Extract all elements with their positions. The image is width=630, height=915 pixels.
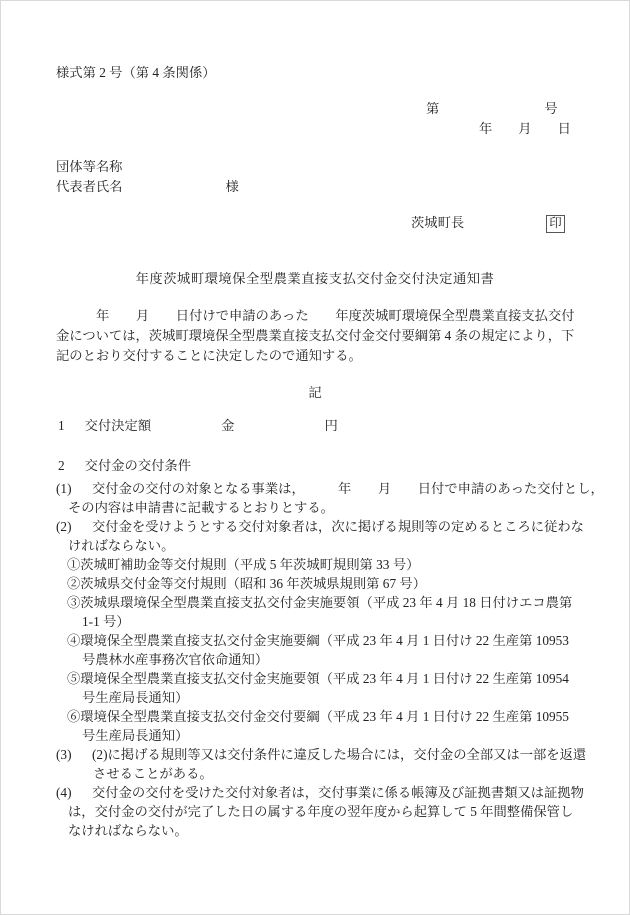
rule-item-3-line-2: 1-1 号） (56, 612, 574, 631)
representative-line: 代表者氏名様 (56, 177, 574, 197)
blank-seal-gap (464, 226, 546, 227)
opening-line-1: 年 月 日付けで申請のあった 年度茨城町環境保全型農業直接支払交付 (56, 306, 574, 326)
clause-4-text: 交付金の交付を受けた交付対象者は，交付事業に係る帳簿及び証拠書類又は証拠物 (92, 785, 584, 800)
blank-amount-field (234, 429, 324, 430)
spacer (65, 429, 85, 430)
blank-representative-field (122, 190, 225, 191)
clause-3-number: (3) (56, 745, 92, 764)
date-line: 年月日 (56, 119, 574, 139)
clause-4-line-1: (4)交付金の交付を受けた交付対象者は，交付事業に係る帳簿及び証拠書類又は証拠物 (56, 783, 574, 802)
clause-3-text: (2)に掲げる規則等又は交付条件に違反した場合には，交付金の全部又は一部を返還 (92, 747, 586, 762)
spacer (151, 429, 221, 430)
clause-2-text: 交付金を受けようとする交付対象者は，次に掲げる規則等の定めるところに従わな (92, 519, 584, 534)
clause-4-number: (4) (56, 783, 92, 802)
clause-1-line-2: その内容は申請書に記載するとおりとする。 (56, 498, 574, 517)
opening-line-3: 記のとおり交付することに決定したので通知する。 (56, 346, 574, 366)
representative-name-label: 代表者氏名 (56, 179, 122, 194)
section2-heading: 2交付金の交付条件 (56, 456, 574, 476)
spacer (65, 469, 85, 470)
sender-line: 茨城町長印 (56, 213, 574, 233)
clause-2-number: (2) (56, 517, 92, 536)
section1-label: 交付決定額 (85, 418, 151, 433)
currency-label: 金 (221, 418, 234, 433)
blank-doc-number-field (439, 112, 544, 113)
section2-number: 2 (58, 458, 65, 473)
rule-item-6-line-2: 号生産局長通知） (56, 726, 574, 745)
clause-4-line-2: は，交付金の交付が完了した日の属する年度の翌年度から起算して 5 年間整備保管し (56, 802, 574, 821)
doc-number-prefix: 第 (426, 101, 439, 116)
section1-number: 1 (58, 418, 65, 433)
section2-label: 交付金の交付条件 (85, 458, 191, 473)
blank-day-field (532, 132, 558, 133)
clause-2-line-2: ければならない。 (56, 536, 574, 555)
clause-3-line-1: (3)(2)に掲げる規則等又は交付条件に違反した場合には，交付金の全部又は一部を… (56, 745, 574, 764)
document-body: 様式第 2 号（第 4 条関係） 第号 年月日 団体等名称 代表者氏名様 茨城町… (1, 1, 629, 840)
clause-3-line-2: させることがある。 (56, 764, 574, 783)
clause-4-line-3: なければならない。 (56, 821, 574, 840)
form-reference-label: 様式第 2 号（第 4 条関係） (56, 63, 574, 83)
opening-line-2: 金については，茨城町環境保全型農業直接支払交付金交付要綱第 4 条の規定により，… (56, 326, 574, 346)
organization-name-label: 団体等名称 (56, 157, 574, 177)
doc-number-suffix: 号 (544, 101, 557, 116)
rule-item-4-line-1: ④環境保全型農業直接支払交付金実施要綱（平成 23 年 4 月 1 日付け 22… (56, 631, 574, 650)
rule-item-1: ①茨城町補助金等交付規則（平成 5 年茨城町規則第 33 号） (56, 555, 574, 574)
document-title: 年度茨城町環境保全型農業直接支払交付金交付決定通知書 (56, 269, 574, 289)
rule-item-3-line-1: ③茨城県環境保全型農業直接支払交付金実施要領（平成 23 年 4 月 18 日付… (56, 593, 574, 612)
seal-mark-icon: 印 (546, 215, 565, 233)
clause-1-text: 交付金の交付の対象となる事業は， 年 月 日付で申請のあった交付とし， (92, 481, 604, 496)
sender-name: 茨城町長 (411, 215, 464, 230)
date-month-label: 月 (518, 121, 531, 136)
document-page: 様式第 2 号（第 4 条関係） 第号 年月日 団体等名称 代表者氏名様 茨城町… (0, 0, 630, 915)
clause-1-number: (1) (56, 479, 92, 498)
rule-item-5-line-2: 号生産局長通知） (56, 688, 574, 707)
date-year-label: 年 (479, 121, 492, 136)
conditions-list: (1)交付金の交付の対象となる事業は， 年 月 日付で申請のあった交付とし， そ… (56, 479, 574, 840)
clause-2-line-1: (2)交付金を受けようとする交付対象者は，次に掲げる規則等の定めるところに従わな (56, 517, 574, 536)
rule-item-2: ②茨城県交付金等交付規則（昭和 36 年茨城県規則第 67 号） (56, 574, 574, 593)
clause-1-line-1: (1)交付金の交付の対象となる事業は， 年 月 日付で申請のあった交付とし， (56, 479, 574, 498)
yen-unit-label: 円 (324, 418, 337, 433)
date-day-label: 日 (558, 121, 571, 136)
rule-item-5-line-1: ⑤環境保全型農業直接支払交付金実施要領（平成 23 年 4 月 1 日付け 22… (56, 669, 574, 688)
ki-heading: 記 (56, 383, 574, 403)
doc-number-line: 第号 (56, 99, 574, 119)
opening-paragraph: 年 月 日付けで申請のあった 年度茨城町環境保全型農業直接支払交付 金については… (56, 306, 574, 366)
section1-grant-amount-line: 1交付決定額金円 (56, 416, 574, 436)
blank-month-field (492, 132, 518, 133)
rule-item-4-line-2: 号農林水産事務次官依命通知） (56, 650, 574, 669)
rule-item-6-line-1: ⑥環境保全型農業直接支払交付金交付要綱（平成 23 年 4 月 1 日付け 22… (56, 707, 574, 726)
honorific-label: 様 (225, 179, 238, 194)
